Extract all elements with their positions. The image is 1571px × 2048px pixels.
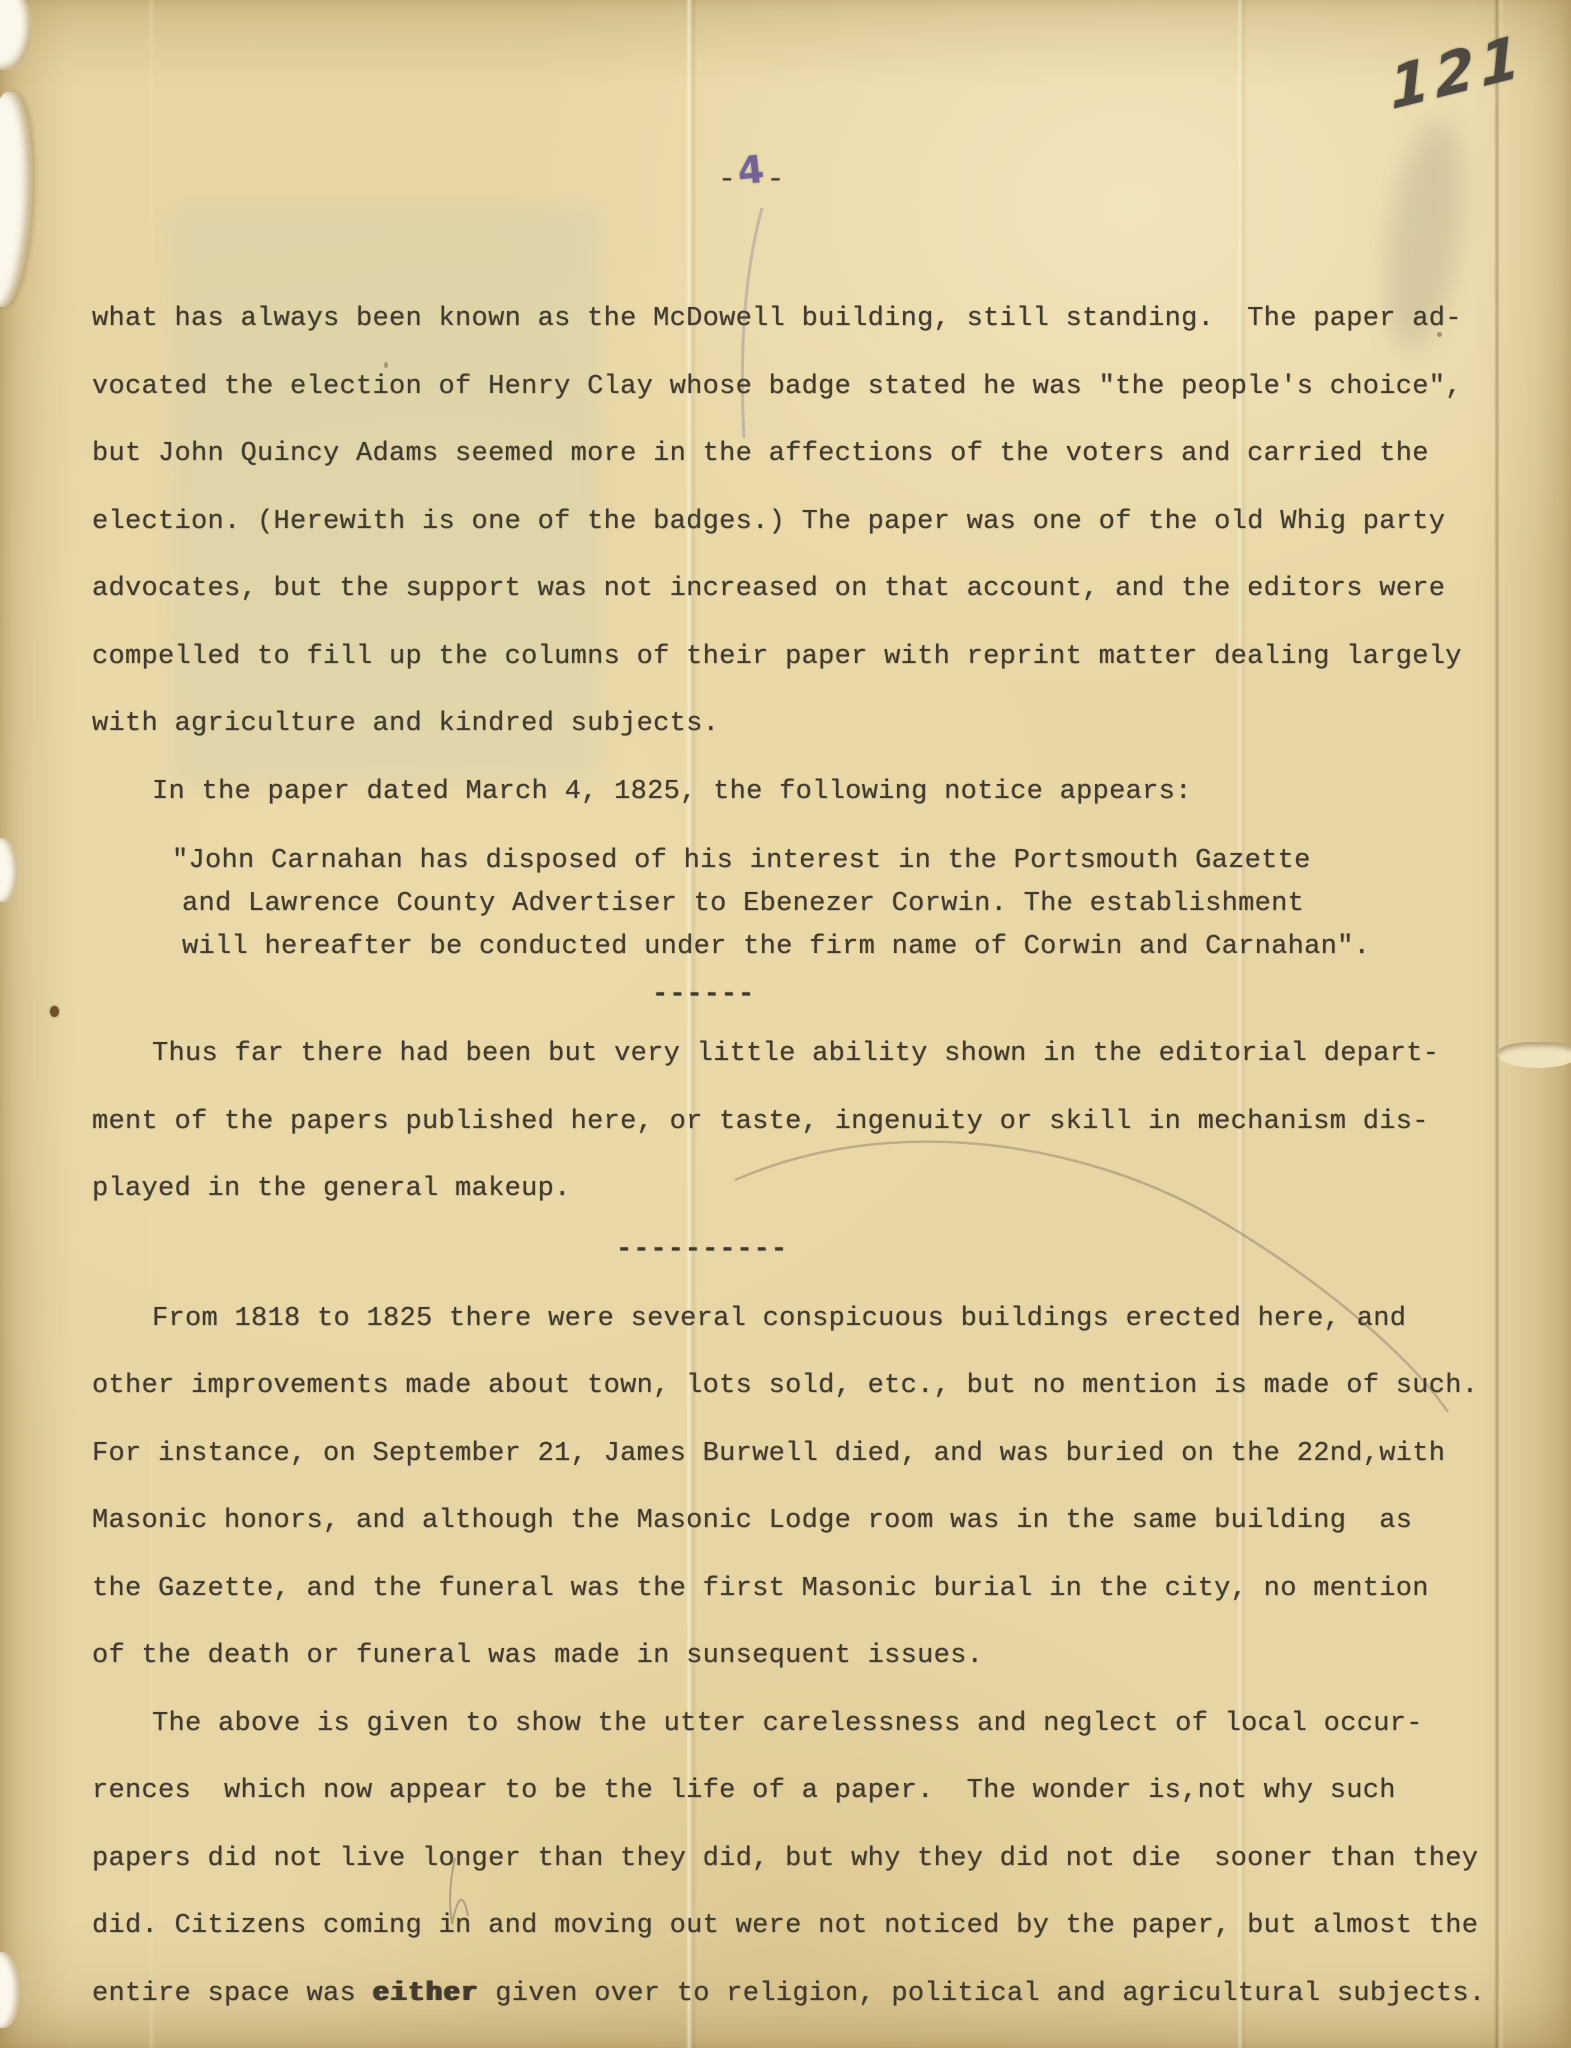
overtyped-word: either [373, 1979, 479, 2009]
page-number-dash: - [766, 163, 786, 197]
document-page: 121 -4- what has always been known as th… [0, 0, 1571, 2048]
text-line: papers did not live longer than they did… [92, 1826, 1522, 1894]
quote-line: "John Carnahan has disposed of his inter… [172, 840, 1522, 883]
paper-tear-top-corner [0, 0, 32, 70]
paragraph: In the paper dated March 4, 1825, the fo… [92, 759, 1522, 827]
dashed-divider: ------ [92, 969, 1522, 1021]
quote-line: will hereafter be conducted under the fi… [172, 926, 1522, 969]
text-segment: given over to religion, political and ag… [479, 1979, 1486, 2009]
paper-tear-left-middle [0, 838, 18, 902]
text-line: ment of the papers published here, or ta… [92, 1089, 1522, 1157]
page-number-dash: - [718, 163, 738, 197]
text-segment: entire space was [92, 1979, 373, 2009]
text-line: played in the general makeup. [92, 1156, 1522, 1224]
paragraph: From 1818 to 1825 there were several con… [92, 1286, 1522, 1691]
text-line: other improvements made about town, lots… [92, 1353, 1522, 1421]
text-line: of the death or funeral was made in suns… [92, 1623, 1522, 1691]
text-line: For instance, on September 21, James Bur… [92, 1421, 1522, 1489]
paper-speck [50, 1006, 59, 1017]
handwritten-page-label: 121 [1388, 21, 1528, 124]
text-line: compelled to fill up the columns of thei… [92, 624, 1522, 692]
purple-pencil-digit: 4 [735, 147, 768, 194]
quote-line: and Lawrence County Advertiser to Ebenez… [172, 883, 1522, 926]
paper-tear-top-left [0, 91, 38, 308]
text-line: rences which now appear to be the life o… [92, 1758, 1522, 1826]
text-line: advocates, but the support was not incre… [92, 556, 1522, 624]
block-quote: "John Carnahan has disposed of his inter… [172, 840, 1522, 969]
typed-text-block: what has always been known as the McDowe… [92, 286, 1522, 2028]
text-line: with agriculture and kindred subjects. [92, 691, 1522, 759]
text-line: vocated the election of Henry Clay whose… [92, 354, 1522, 422]
text-line: From 1818 to 1825 there were several con… [92, 1286, 1522, 1354]
paragraph: The above is given to show the utter car… [92, 1691, 1522, 2029]
text-line: entire space was either given over to re… [92, 1961, 1522, 2029]
text-line: Thus far there had been but very little … [92, 1021, 1522, 1089]
text-line: did. Citizens coming in and moving out w… [92, 1893, 1522, 1961]
text-line: The above is given to show the utter car… [92, 1691, 1522, 1759]
typed-page-number: -4- [718, 152, 786, 197]
paragraph: what has always been known as the McDowe… [92, 286, 1522, 759]
text-line: In the paper dated March 4, 1825, the fo… [92, 759, 1522, 827]
text-line: what has always been known as the McDowe… [92, 286, 1522, 354]
text-line: Masonic honors, and although the Masonic… [92, 1488, 1522, 1556]
paper-tear-left-bottom [0, 1952, 20, 2028]
text-line: election. (Herewith is one of the badges… [92, 489, 1522, 557]
dashed-divider: ---------- [92, 1224, 1522, 1276]
text-line: the Gazette, and the funeral was the fir… [92, 1556, 1522, 1624]
text-line: but John Quincy Adams seemed more in the… [92, 421, 1522, 489]
paragraph: Thus far there had been but very little … [92, 1021, 1522, 1224]
